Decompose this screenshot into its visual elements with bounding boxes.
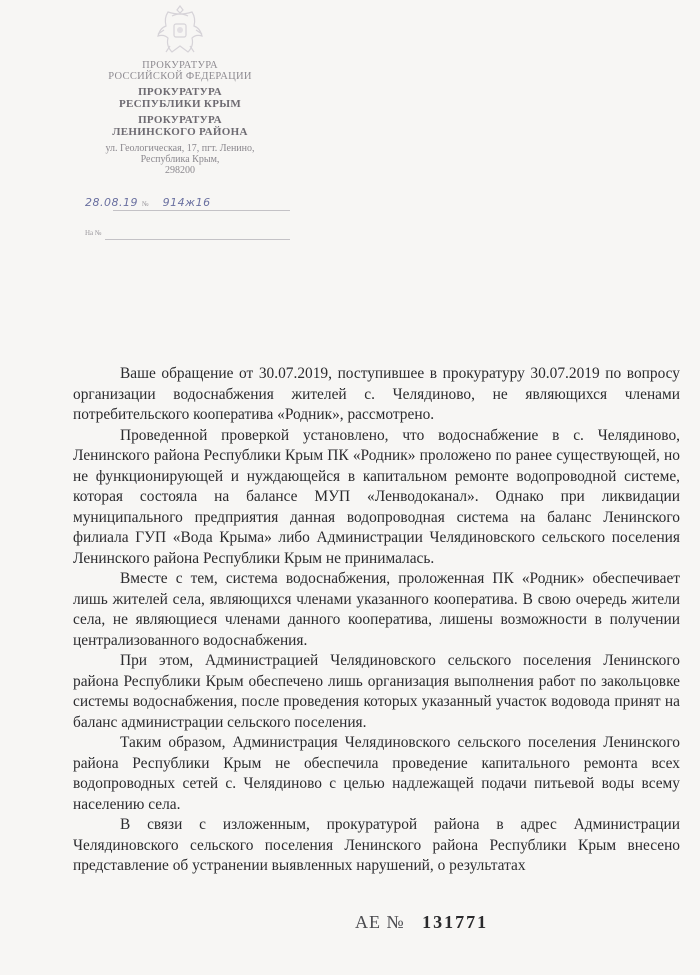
paragraph-2: Проведенной проверкой установлено, что в… (73, 426, 680, 570)
coat-of-arms-icon (150, 2, 210, 56)
address-line2: Республика Крым, (80, 154, 280, 165)
form-serial-number: АЕ № 131771 (355, 912, 488, 933)
address-line1: ул. Геологическая, 17, пгт. Ленино, (80, 143, 280, 154)
paragraph-3: Вместе с тем, система водоснабжения, про… (73, 569, 680, 651)
document-page: ПРОКУРАТУРА РОССИЙСКОЙ ФЕДЕРАЦИИ ПРОКУРА… (0, 0, 700, 975)
letterhead-org-line2: РОССИЙСКОЙ ФЕДЕРАЦИИ (80, 71, 280, 82)
address-line3: 298200 (80, 165, 280, 176)
reference-underline (113, 210, 290, 211)
serial-number: 131771 (422, 912, 488, 932)
paragraph-4: При этом, Администрацией Челядиновского … (73, 651, 680, 733)
letterhead-org-line5: ПРОКУРАТУРА (80, 114, 280, 126)
reply-reference: На № (85, 222, 285, 240)
letterhead-org-line1: ПРОКУРАТУРА (80, 60, 280, 71)
letterhead-address: ул. Геологическая, 17, пгт. Ленино, Респ… (80, 143, 280, 176)
letterhead: ПРОКУРАТУРА РОССИЙСКОЙ ФЕДЕРАЦИИ ПРОКУРА… (80, 0, 280, 176)
letter-body: Ваше обращение от 30.07.2019, поступивше… (73, 364, 680, 877)
paragraph-1: Ваше обращение от 30.07.2019, поступивше… (73, 364, 680, 426)
letterhead-org-line4: РЕСПУБЛИКИ КРЫМ (80, 98, 280, 110)
outgoing-reference: 28.08.19 № 914ж16 (85, 193, 285, 211)
letterhead-org-line6: ЛЕНИНСКОГО РАЙОНА (80, 126, 280, 138)
paragraph-5: Таким образом, Администрация Челядиновск… (73, 733, 680, 815)
reference-date: 28.08.19 (85, 196, 138, 209)
letterhead-org-line3: ПРОКУРАТУРА (80, 86, 280, 98)
reference-number-label: № (142, 200, 149, 208)
reply-underline (105, 239, 290, 240)
serial-prefix: АЕ № (355, 912, 405, 932)
reply-label: На № (85, 229, 102, 237)
reference-number: 914ж16 (163, 196, 211, 209)
paragraph-6: В связи с изложенным, прокуратурой район… (73, 815, 680, 877)
